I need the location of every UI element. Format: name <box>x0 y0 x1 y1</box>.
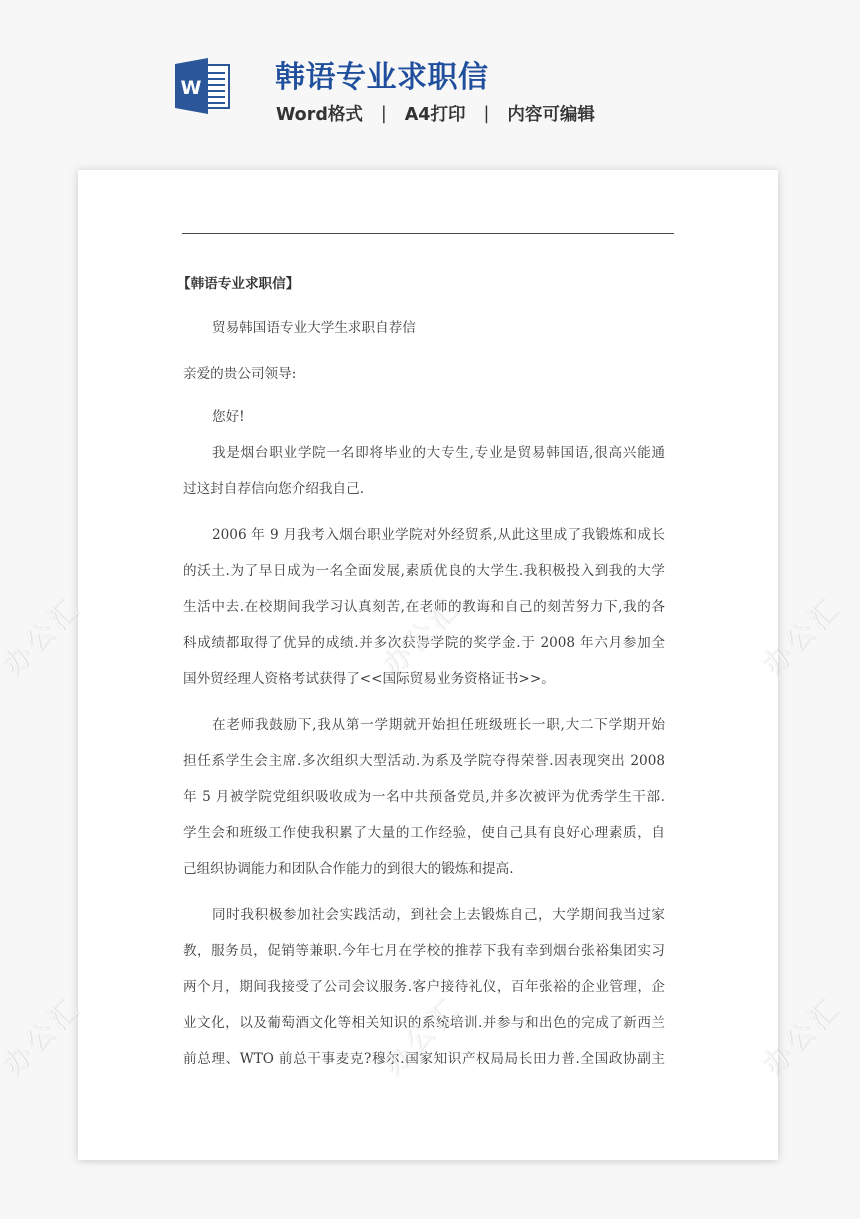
doc-line: 您好! <box>212 407 245 427</box>
separator: | <box>381 104 387 124</box>
doc-line: 前总理、WTO 前总干事麦克?穆尔.国家知识产权局局长田力普.全国政协副主 <box>183 1049 665 1069</box>
doc-line: 在老师我鼓励下,我从第一学期就开始担任班级班长一职,大二下学期开始 <box>212 715 665 735</box>
watermark: 办公汇 <box>0 587 88 683</box>
document-page: 【韩语专业求职信】 贸易韩国语专业大学生求职自荐信 亲爱的贵公司领导: 您好! … <box>78 170 778 1160</box>
doc-line: 教，服务员，促销等兼职.今年七月在学校的推荐下我有幸到烟台张裕集团实习 <box>183 941 665 961</box>
doc-line: 同时我积极参加社会实践活动，到社会上去锻炼自己，大学期间我当过家 <box>212 905 665 925</box>
doc-line: 2006 年 9 月我考入烟台职业学院对外经贸系,从此这里成了我锻炼和成长 <box>212 525 665 545</box>
watermark: 办公汇 <box>0 987 88 1083</box>
document-heading: 【韩语专业求职信】 <box>177 272 299 292</box>
doc-line: 过这封自荐信向您介绍我自己. <box>183 479 364 499</box>
format-tags: Word格式 | A4打印 | 内容可编辑 <box>276 101 595 126</box>
doc-line: 两个月，期间我接受了公司会议服务.客户接待礼仪，百年张裕的企业管理，企 <box>183 977 665 997</box>
doc-line: 学生会和班级工作使我积累了大量的工作经验，使自己具有良好心理素质，自 <box>183 823 665 843</box>
page-title: 韩语专业求职信 <box>275 52 489 96</box>
svg-text:W: W <box>181 77 202 99</box>
doc-line: 贸易韩国语专业大学生求职自荐信 <box>212 318 416 338</box>
doc-line: 己组织协调能力和团队合作能力的到很大的锻炼和提高. <box>183 859 514 879</box>
doc-line: 亲爱的贵公司领导: <box>183 364 296 384</box>
doc-line: 生活中去.在校期间我学习认真刻苦,在老师的教诲和自己的刻苦努力下,我的各 <box>183 597 665 617</box>
page-header: W 韩语专业求职信 Word格式 | A4打印 | 内容可编辑 <box>0 0 860 160</box>
doc-line: 的沃土.为了早日成为一名全面发展,素质优良的大学生.我积极投入到我的大学 <box>183 561 665 581</box>
doc-line: 担任系学生会主席.多次组织大型活动.为系及学院夺得荣誉.因表现突出 2008 <box>183 751 665 771</box>
doc-line: 业文化，以及葡萄酒文化等相关知识的系统培训.并参与和出色的完成了新西兰 <box>183 1013 665 1033</box>
tag-editable: 内容可编辑 <box>507 101 595 126</box>
separator: | <box>484 104 490 124</box>
doc-line: 国外贸经理人资格考试获得了<<国际贸易业务资格证书>>。 <box>183 669 555 689</box>
tag-a4-print: A4打印 <box>405 101 466 126</box>
word-document-icon: W <box>174 58 232 114</box>
header-rule <box>182 233 674 234</box>
doc-line: 科成绩都取得了优异的成绩.并多次获得学院的奖学金.于 2008 年六月参加全 <box>183 633 665 653</box>
doc-line: 年 5 月被学院党组织吸收成为一名中共预备党员,并多次被评为优秀学生干部. <box>183 787 665 807</box>
tag-word-format: Word格式 <box>276 101 363 126</box>
doc-line: 我是烟台职业学院一名即将毕业的大专生,专业是贸易韩国语,很高兴能通 <box>212 443 665 463</box>
